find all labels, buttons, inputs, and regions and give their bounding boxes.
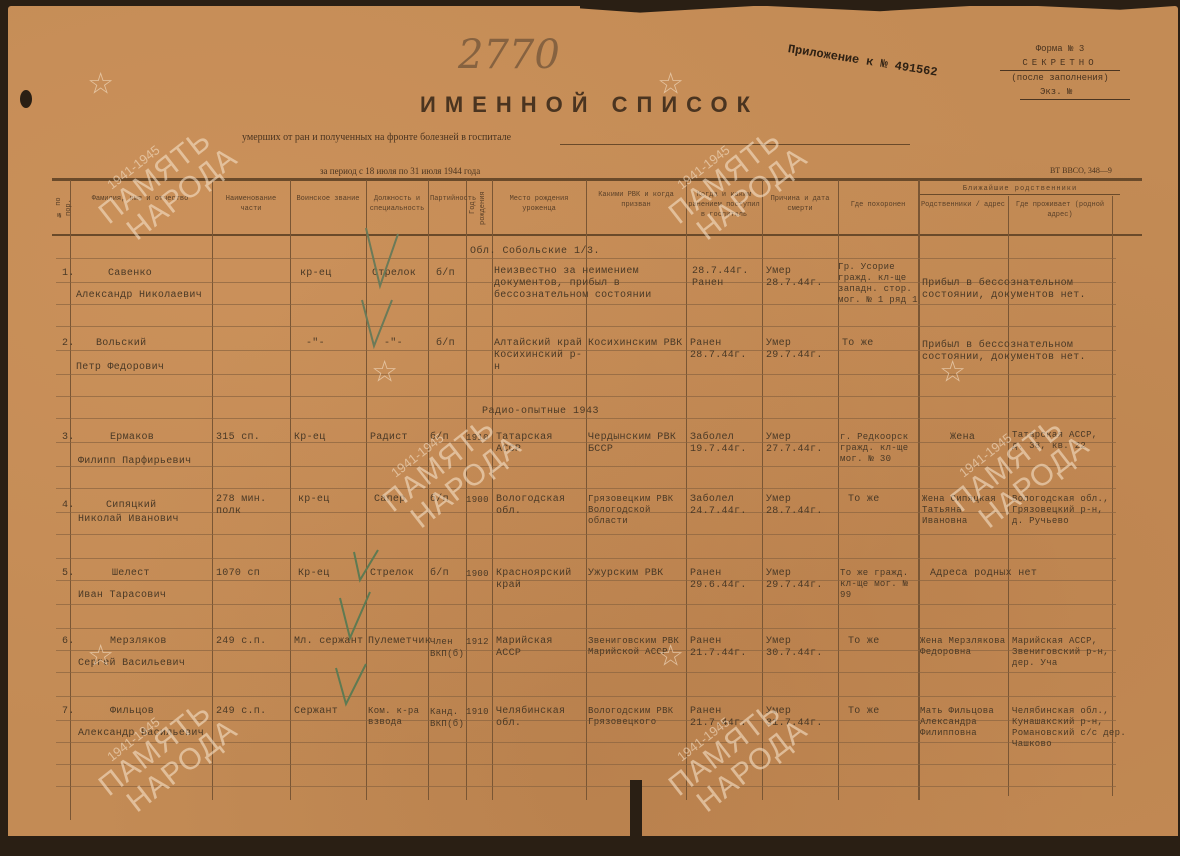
row-line — [56, 672, 1116, 673]
column-divider — [212, 180, 213, 800]
header-unit: Наименование части — [214, 194, 288, 214]
row-birth-year: 1910 — [466, 432, 489, 444]
header-number: № по пор. — [54, 188, 68, 228]
row-line — [56, 488, 1116, 489]
star-watermark-icon: ☆ — [658, 62, 683, 104]
row-number: 6. — [62, 636, 75, 648]
row-buried: То же — [848, 494, 880, 506]
copy-label: Экз. № — [1020, 85, 1130, 100]
row-relatives: Жена Мерзлякова Федоровна — [920, 636, 1008, 658]
row-given-name: Филипп Парфирьевич — [78, 456, 191, 468]
row-line — [56, 534, 1116, 535]
row-position: Сапер — [374, 494, 406, 506]
row-buried: То же — [842, 338, 874, 350]
row-party: б/п — [436, 268, 455, 280]
row-death: Умер 28.7.44г. — [766, 494, 836, 518]
classification-label: СЕКРЕТНО — [1000, 56, 1120, 71]
row-line — [56, 764, 1116, 765]
row-line — [56, 396, 1116, 397]
page-subtitle: умерших от ран и полученных на фронте бо… — [242, 132, 511, 143]
form-code: ВТ ВВСО, 348—9 — [1050, 166, 1112, 175]
check-mark-icon — [362, 226, 402, 292]
row-birth-year: 1900 — [466, 568, 489, 580]
row-line — [56, 628, 1116, 629]
row-death: Умер 29.7.44г. — [766, 568, 836, 592]
row-death: Умер 31.7.44г. — [766, 706, 836, 730]
row-unit: 249 с.п. — [216, 706, 266, 718]
period-line: за период с 18 июля по 31 июля 1944 года — [320, 166, 480, 176]
row-line — [56, 558, 1116, 559]
row-number: 1. — [62, 268, 75, 280]
row-relatives: Прибыл в бессознательном состоянии, доку… — [922, 278, 1122, 302]
star-watermark-icon: ☆ — [88, 634, 113, 676]
row-relatives: Адреса родных нет — [930, 568, 1037, 580]
row-number: 7. — [62, 706, 75, 718]
row-buried: То же — [848, 706, 880, 718]
row-birthplace: Марийская АССР — [496, 636, 584, 660]
section-label: Радио-опытные 1943 — [482, 406, 599, 417]
row-line — [56, 258, 1116, 259]
row-wounded: 28.7.44г. Ранен — [692, 266, 760, 290]
row-address: Марийская АССР, Звениговский р-н, дер. У… — [1012, 636, 1118, 669]
row-number: 2. — [62, 338, 75, 350]
group-header-divider — [920, 194, 1120, 195]
star-watermark-icon: ☆ — [658, 634, 683, 676]
row-birthplace: Неизвестно за неимением документов, приб… — [494, 266, 682, 302]
row-surname: Сипяцкий — [106, 500, 156, 512]
header-address: Где проживает (родной адрес) — [1010, 200, 1110, 220]
row-address: Татарская АССР, д. 38, кв. 22 — [1012, 430, 1112, 452]
row-surname: Фильцов — [110, 706, 154, 718]
row-death: Умер 30.7.44г. — [766, 636, 836, 660]
table-header-bottom-border — [52, 234, 1142, 236]
row-line — [56, 466, 1116, 467]
row-position: Пулеметчик — [368, 636, 428, 648]
header-name: Фамилия, имя и отчество — [80, 194, 200, 204]
row-number: 3. — [62, 432, 75, 444]
row-given-name: Николай Иванович — [78, 514, 179, 526]
row-birthplace: Челябинская обл. — [496, 706, 584, 730]
header-birthplace: Место рождения уроженца — [494, 194, 584, 214]
row-buried: То же — [848, 636, 880, 648]
row-birth-year: 1910 — [466, 706, 489, 718]
row-birthplace: Алтайский край Косихинский р-н — [494, 338, 586, 374]
check-mark-icon — [336, 588, 376, 644]
row-number: 4. — [62, 500, 75, 512]
row-address: Челябинская обл., Кунашакский р-н, Роман… — [1012, 706, 1132, 750]
row-line — [56, 418, 1116, 419]
row-surname: Савенко — [108, 268, 152, 280]
row-rank: Кр-ец — [294, 432, 326, 444]
row-party: б/п — [430, 432, 449, 444]
column-divider — [290, 180, 291, 800]
column-divider — [762, 180, 763, 800]
row-wounded: Ранен 29.6.44г. — [690, 568, 760, 592]
row-address: Вологодская обл., Грязовецкий р-н, д. Ру… — [1012, 494, 1118, 527]
header-birth-year: Год рождения — [468, 188, 490, 228]
row-relatives: Жена Сипяцкая Татьяна Ивановна — [922, 494, 1008, 527]
row-drafted: Косихинским РВК — [588, 338, 684, 350]
row-relatives: Жена — [950, 432, 975, 444]
header-wounded: Когда и каким ранением поступил в госпит… — [688, 190, 760, 220]
row-buried: Гр. Усорие гражд. кл-ще западн. стор. мо… — [838, 262, 918, 306]
row-rank: кр-ец — [300, 268, 332, 280]
star-watermark-icon: ☆ — [372, 350, 397, 392]
row-drafted: Грязовецким РВК Вологодской области — [588, 494, 684, 527]
paper-hole — [20, 90, 32, 108]
secret-block: Форма № 3 СЕКРЕТНО (после заполнения) Эк… — [1000, 42, 1120, 100]
row-number: 5. — [62, 568, 75, 580]
form-label: Форма № 3 — [1000, 42, 1120, 56]
row-line — [56, 696, 1116, 697]
row-line — [56, 604, 1116, 605]
row-buried: г. Редкоорск гражд. кл-ще мог. № 30 — [840, 432, 918, 465]
torn-notch — [630, 780, 642, 856]
header-drafted: Какими РВК и когда призван — [588, 190, 684, 210]
row-drafted: Чердынским РВК БССР — [588, 432, 684, 456]
row-given-name: Александр Васильевич — [78, 728, 204, 740]
header-relatives: Родственники / адрес — [920, 200, 1006, 210]
row-line — [56, 326, 1116, 327]
header-buried: Где похоронен — [840, 200, 916, 210]
header-relatives-group: Ближайшие родственники — [920, 184, 1120, 194]
row-party: б/п — [436, 338, 455, 350]
row-buried: То же гражд. кл-ще мог. № 99 — [840, 568, 918, 601]
row-position: Радист — [370, 432, 408, 444]
star-watermark-icon: ☆ — [88, 62, 113, 104]
row-birthplace: Красноярский край — [496, 568, 584, 592]
check-mark-icon — [332, 660, 372, 710]
row-rank: кр-ец — [298, 494, 330, 506]
row-line — [56, 304, 1116, 305]
torn-edge-bottom — [0, 836, 1180, 856]
header-death: Причина и дата смерти — [764, 194, 836, 214]
row-death: Умер 29.7.44г. — [766, 338, 836, 362]
column-divider — [686, 180, 687, 800]
row-wounded: Заболел 24.7.44г. — [690, 494, 760, 518]
check-mark-icon — [348, 546, 384, 586]
row-unit: 315 сп. — [216, 432, 260, 444]
row-surname: Вольский — [96, 338, 146, 350]
row-party: б/п — [430, 494, 449, 506]
row-line — [56, 786, 1116, 787]
header-rank: Воинское звание — [292, 194, 364, 204]
row-party: Член ВКП(б) — [430, 636, 466, 660]
row-birthplace: Татарская АССР — [496, 432, 584, 456]
handwritten-archive-number: 2770 — [458, 32, 560, 78]
row-given-name: Иван Тарасович — [78, 590, 166, 602]
header-party: Партийность — [430, 194, 464, 204]
row-line — [56, 742, 1116, 743]
row-line — [56, 580, 1116, 581]
row-wounded: Ранен 28.7.44г. — [690, 338, 758, 362]
row-surname: Шелест — [112, 568, 150, 580]
row-birth-year: 1900 — [466, 494, 489, 506]
subtitle-underline — [560, 144, 910, 145]
row-given-name: Петр Федорович — [76, 362, 164, 374]
row-party: Канд. ВКП(б) — [430, 706, 466, 730]
star-watermark-icon: ☆ — [940, 350, 965, 392]
row-death: Умер 28.7.44г. — [766, 266, 838, 290]
row-death: Умер 27.7.44г. — [766, 432, 836, 456]
row-unit: 278 мин. полк — [216, 494, 286, 518]
row-rank: Кр-ец — [298, 568, 330, 580]
section-label: Обл. Собольские 1/3. — [470, 246, 600, 257]
row-drafted: Вологодским РВК Грязовецкого — [588, 706, 684, 728]
row-unit: 1070 сп — [216, 568, 260, 580]
row-given-name: Александр Николаевич — [76, 290, 202, 302]
row-position: Ком. к-ра взвода — [368, 706, 430, 728]
row-birthplace: Вологодская обл. — [496, 494, 584, 518]
row-surname: Мерзляков — [110, 636, 167, 648]
classification-note: (после заполнения) — [1000, 71, 1120, 85]
row-unit: 249 с.п. — [216, 636, 266, 648]
row-wounded: Ранен 21.7.44г. — [690, 636, 760, 660]
row-wounded: Ранен 21.7.44г. — [690, 706, 760, 730]
row-party: б/п — [430, 568, 449, 580]
header-position: Должность и специальность — [368, 194, 426, 214]
row-wounded: Заболел 19.7.44г. — [690, 432, 760, 456]
row-relatives: Мать Фильцова Александра Филипповна — [920, 706, 1008, 739]
column-divider — [492, 180, 493, 800]
row-rank: -"- — [306, 338, 325, 350]
check-mark-icon — [358, 296, 398, 352]
row-drafted: Ужурским РВК — [588, 568, 684, 580]
row-birth-year: 1912 — [466, 636, 489, 648]
page-title: ИМЕННОЙ СПИСОК — [420, 92, 759, 118]
row-surname: Ермаков — [110, 432, 154, 444]
table-top-border — [52, 178, 1142, 181]
